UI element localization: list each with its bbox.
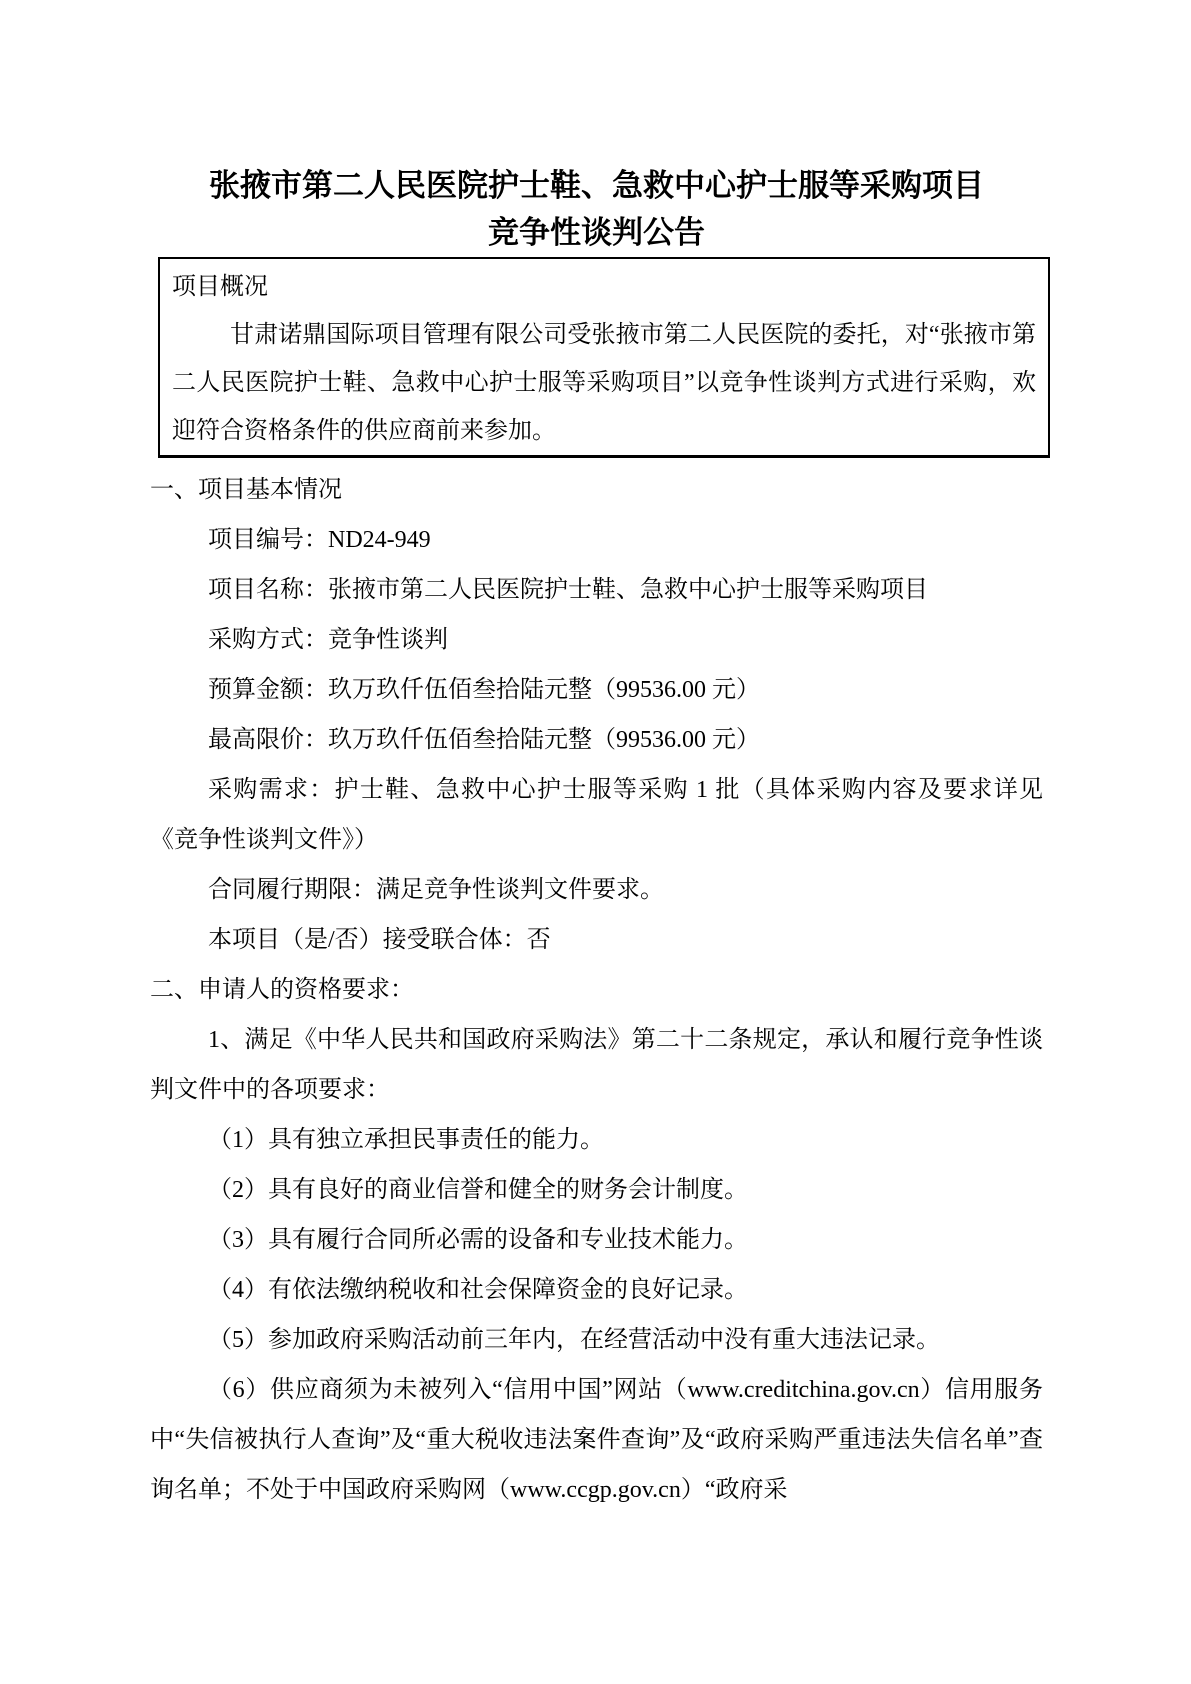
project-overview-heading: 项目概况 <box>172 263 1036 311</box>
document-body: 一、项目基本情况项目编号：ND24-949项目名称：张掖市第二人民医院护士鞋、急… <box>150 465 1043 1515</box>
section-heading-qualification: 二、申请人的资格要求： <box>150 965 1043 1015</box>
field-budget-amount: 预算金额：玖万玖仟伍佰叁拾陆元整（99536.00 元） <box>150 665 1043 715</box>
qualification-item-3: （3）具有履行合同所必需的设备和专业技术能力。 <box>150 1215 1043 1265</box>
qualification-item-2: （2）具有良好的商业信誉和健全的财务会计制度。 <box>150 1165 1043 1215</box>
project-overview-box: 项目概况 甘肃诺鼎国际项目管理有限公司受张掖市第二人民医院的委托，对“张掖市第二… <box>158 257 1050 458</box>
field-max-price: 最高限价：玖万玖仟伍佰叁拾陆元整（99536.00 元） <box>150 715 1043 765</box>
document-page: 张掖市第二人民医院护士鞋、急救中心护士服等采购项目 竞争性谈判公告 项目概况 甘… <box>0 0 1191 1684</box>
field-procurement-demand: 采购需求：护士鞋、急救中心护士服等采购 1 批（具体采购内容及要求详见《竞争性谈… <box>150 765 1043 865</box>
field-contract-period: 合同履行期限：满足竞争性谈判文件要求。 <box>150 865 1043 915</box>
document-title-line2: 竞争性谈判公告 <box>150 209 1043 256</box>
qualification-item-4: （4）有依法缴纳税收和社会保障资金的良好记录。 <box>150 1265 1043 1315</box>
qualification-item-1: （1）具有独立承担民事责任的能力。 <box>150 1115 1043 1165</box>
document-title-line1: 张掖市第二人民医院护士鞋、急救中心护士服等采购项目 <box>150 162 1043 209</box>
qualification-item-5: （5）参加政府采购活动前三年内，在经营活动中没有重大违法记录。 <box>150 1315 1043 1365</box>
project-overview-paragraph: 甘肃诺鼎国际项目管理有限公司受张掖市第二人民医院的委托，对“张掖市第二人民医院护… <box>172 311 1036 455</box>
field-consortium: 本项目（是/否）接受联合体：否 <box>150 915 1043 965</box>
section-heading-basic-info: 一、项目基本情况 <box>150 465 1043 515</box>
field-project-name: 项目名称：张掖市第二人民医院护士鞋、急救中心护士服等采购项目 <box>150 565 1043 615</box>
field-project-number: 项目编号：ND24-949 <box>150 515 1043 565</box>
field-procurement-method: 采购方式：竞争性谈判 <box>150 615 1043 665</box>
qualification-intro: 1、满足《中华人民共和国政府采购法》第二十二条规定，承认和履行竞争性谈判文件中的… <box>150 1015 1043 1115</box>
qualification-item-6: （6）供应商须为未被列入“信用中国”网站（www.creditchina.gov… <box>150 1365 1043 1515</box>
document-content: 张掖市第二人民医院护士鞋、急救中心护士服等采购项目 竞争性谈判公告 项目概况 甘… <box>0 0 1191 1515</box>
